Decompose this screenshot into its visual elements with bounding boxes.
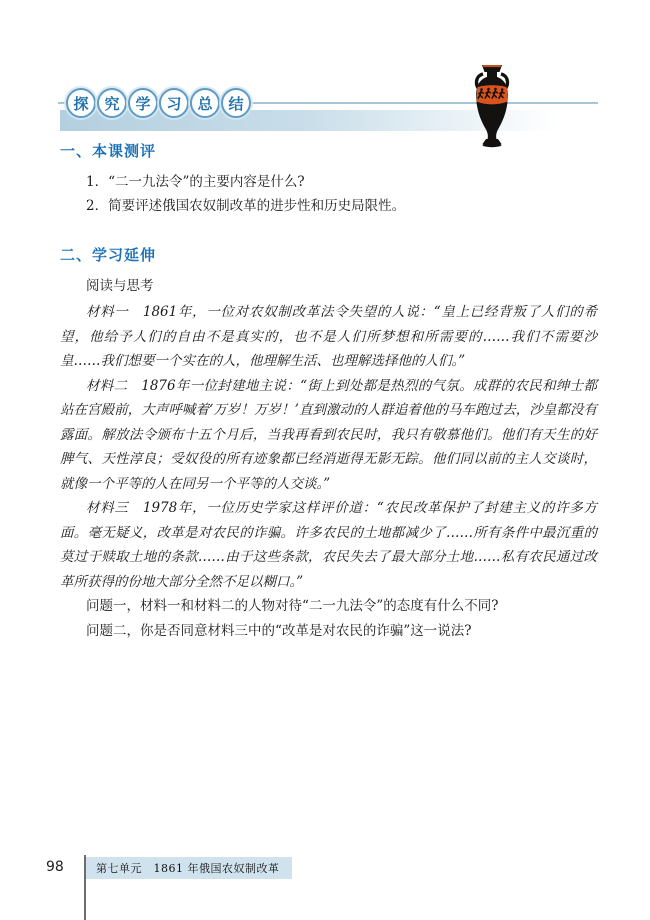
extension-question-2: 问题二，你是否同意材料三中的“改革是对农民的诈骗”这一说法? [60, 619, 597, 644]
footer-unit-label: 第七单元 1861 年俄国农奴制改革 [96, 860, 280, 876]
header-badge-row: 探 究 学 习 总 结 [66, 88, 251, 118]
badge-char-inquire: 究 [97, 88, 127, 118]
assessment-question-1: 1．“二一九法令”的主要内容是什么? [60, 170, 597, 194]
material-paragraph-3: 材料三 1978年，一位历史学家这样评价道：“农民改革保护了封建主义的许多方面。… [60, 496, 597, 594]
section-title-assessment: 一、本课测评 [60, 140, 597, 161]
page-number: 98 [46, 859, 64, 875]
badge-char-explore: 探 [66, 88, 96, 118]
badge-char-sum: 总 [190, 88, 220, 118]
badge-char-study: 学 [128, 88, 158, 118]
greek-amphora-icon [468, 64, 516, 148]
material-paragraph-2: 材料二 1876年一位封建地主说：“街上到处都是热烈的气氛。成群的农民和绅士都站… [60, 374, 597, 497]
badge-char-conclude: 结 [221, 88, 251, 118]
page-content: 一、本课测评 1．“二一九法令”的主要内容是什么? 2．简要评述俄国农奴制改革的… [60, 140, 597, 643]
badge-char-practice: 习 [159, 88, 189, 118]
assessment-question-2: 2．简要评述俄国农奴制改革的进步性和历史局限性。 [60, 194, 597, 218]
footer-unit-band: 第七单元 1861 年俄国农奴制改革 [86, 857, 292, 879]
material-paragraph-1: 材料一 1861年，一位对农奴制改革法令失望的人说：“皇上已经背叛了人们的希望，… [60, 300, 597, 374]
section-title-extension: 二、学习延伸 [60, 244, 597, 265]
reading-thinking-subtitle: 阅读与思考 [60, 274, 597, 298]
textbook-page: 探 究 学 习 总 结 [0, 0, 650, 920]
amphora-figure-band [477, 85, 508, 104]
extension-question-1: 问题一，材料一和材料二的人物对待“二一九法令”的态度有什么不同? [60, 594, 597, 619]
